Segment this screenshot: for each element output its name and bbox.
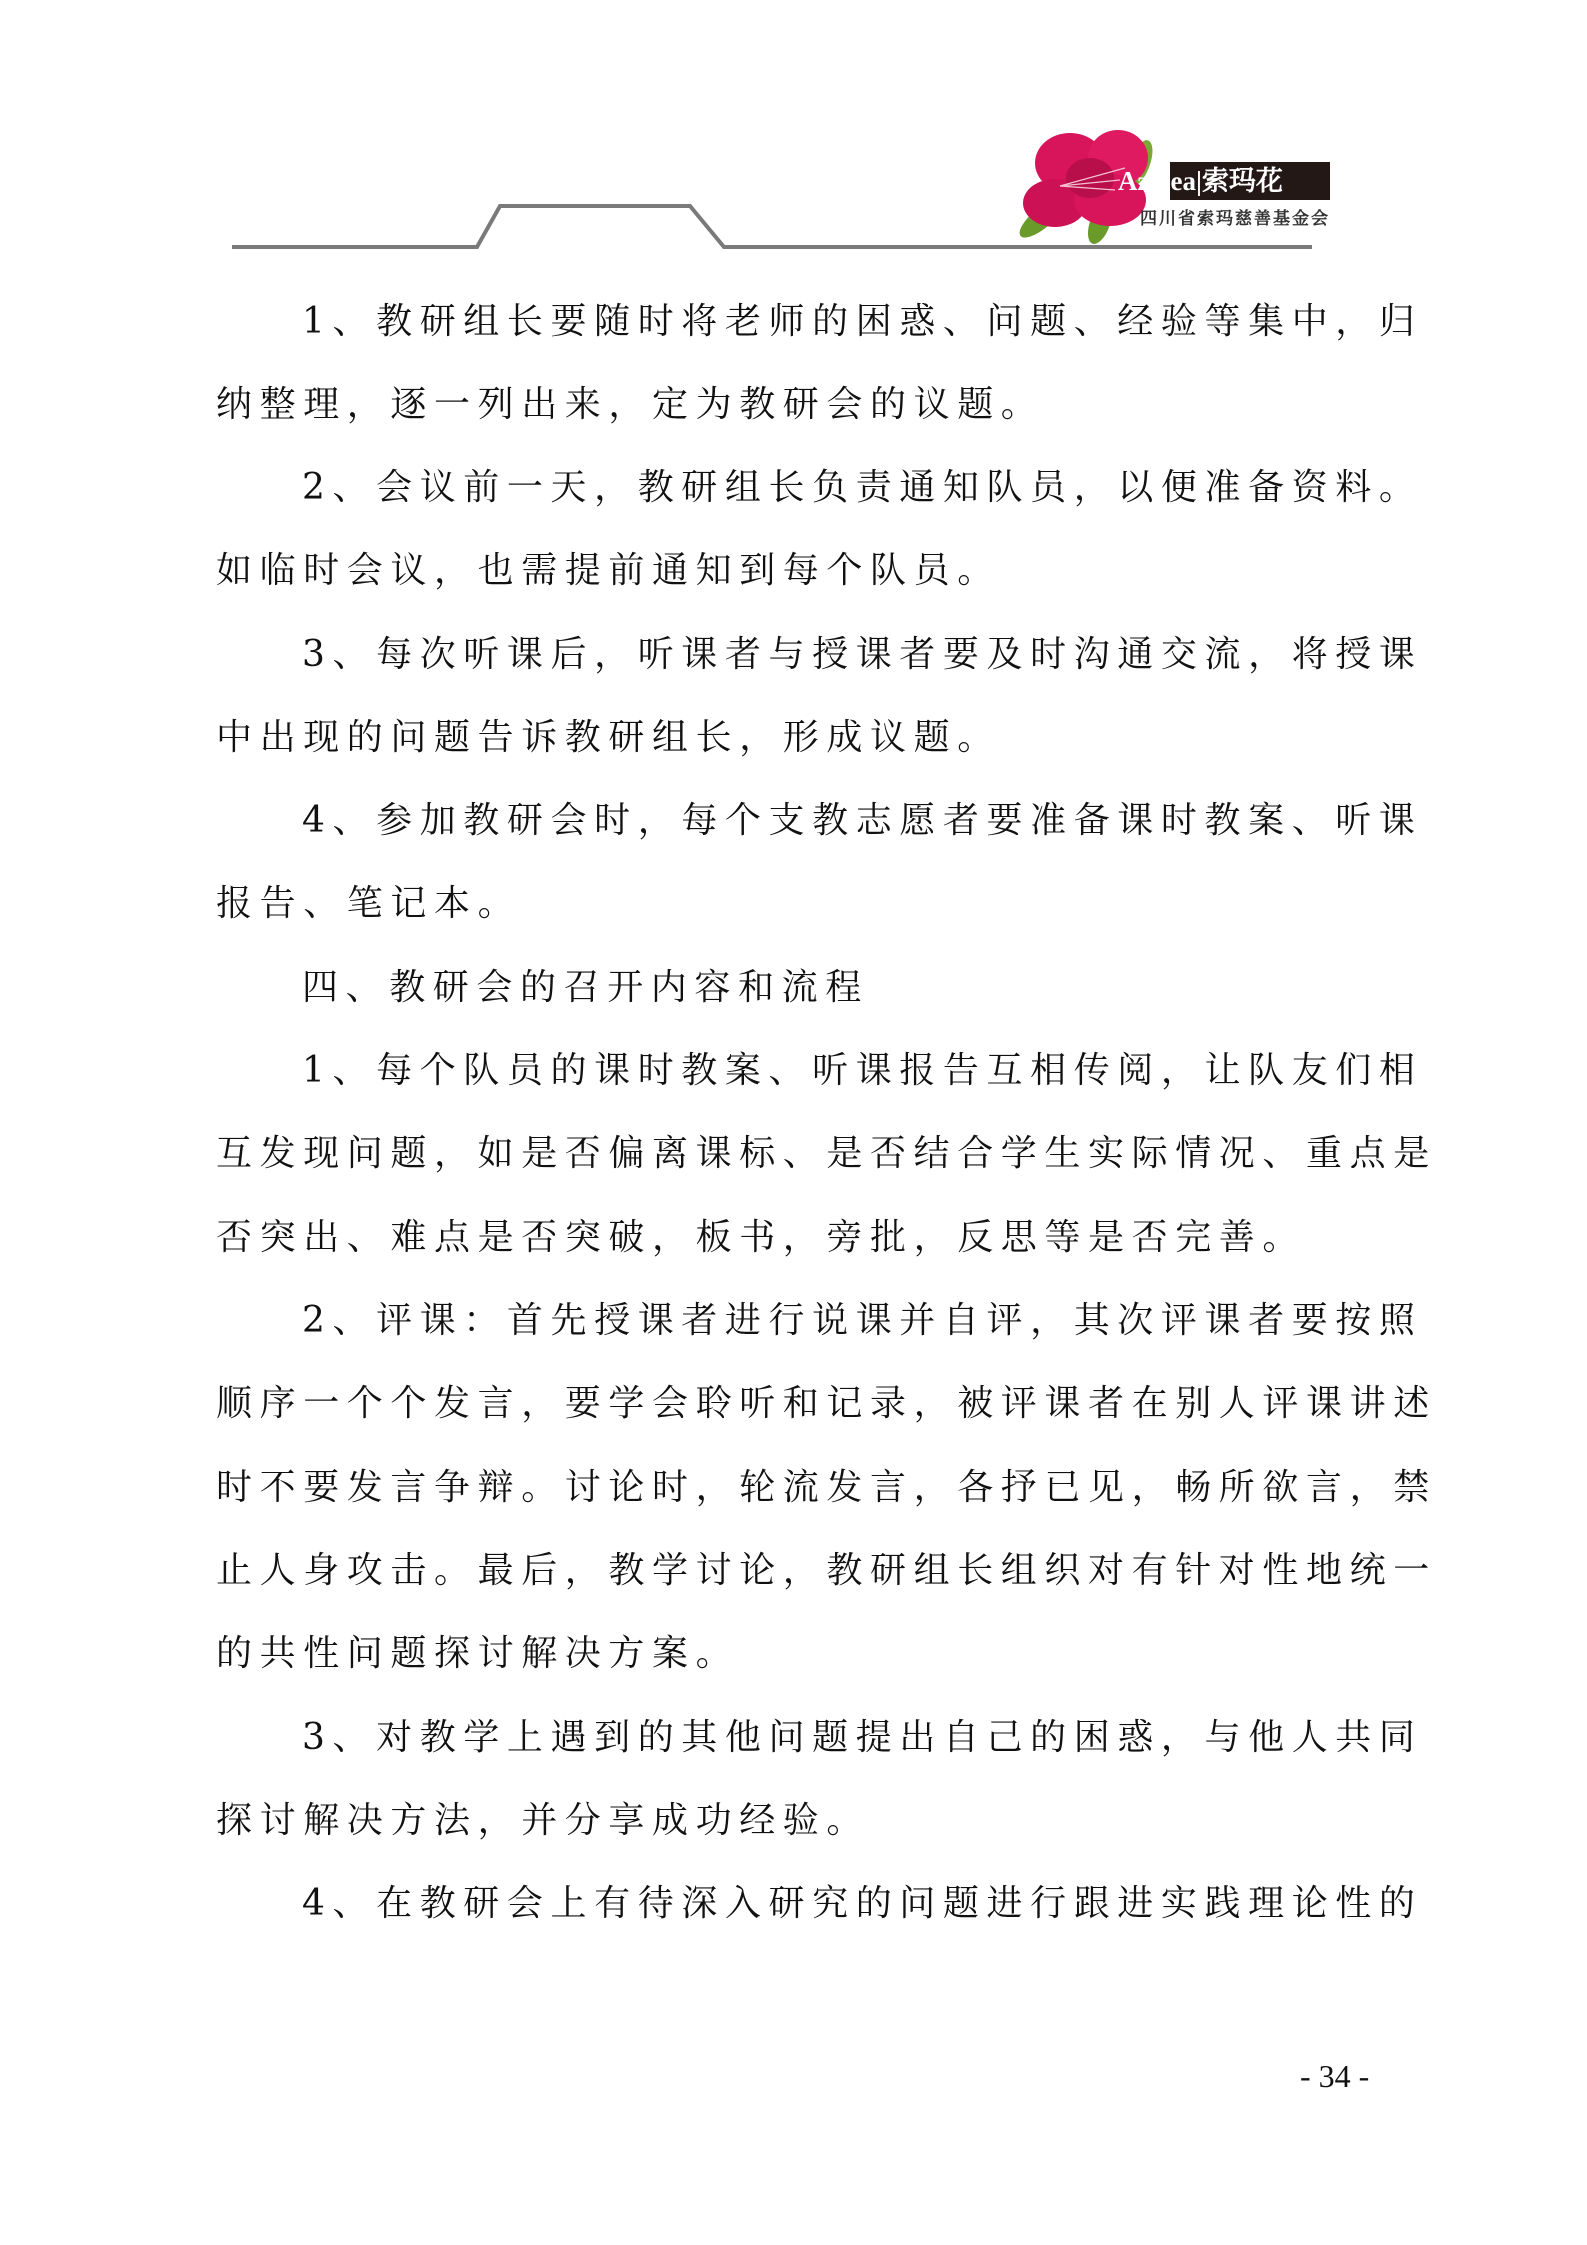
text-line: 中出现的问题告诉教研组长，形成议题。 xyxy=(216,708,1001,768)
text-line: 1、每个队员的课时教案、听课报告互相传阅，让队友们相 xyxy=(302,1041,1423,1101)
text-line: 顺序一个个发言，要学会聆听和记录，被评课者在别人评课讲述 xyxy=(216,1374,1437,1434)
text-line: 互发现问题，如是否偏离课标、是否结合学生实际情况、重点是 xyxy=(216,1124,1437,1184)
text-line: 纳整理，逐一列出来，定为教研会的议题。 xyxy=(216,375,1044,435)
header-divider-line xyxy=(0,0,1587,260)
text-line: 4、参加教研会时，每个支教志愿者要准备课时教案、听课 xyxy=(302,791,1423,851)
text-line: 时不要发言争辩。讨论时，轮流发言，各抒已见，畅所欲言，禁 xyxy=(216,1458,1437,1518)
page-number: - 34 - xyxy=(1300,2058,1369,2095)
text-line: 否突出、难点是否突破，板书，旁批，反思等是否完善。 xyxy=(216,1208,1306,1268)
section-heading: 四、教研会的召开内容和流程 xyxy=(302,958,869,1018)
text-line: 3、对教学上遇到的其他问题提出自己的困惑，与他人共同 xyxy=(302,1708,1423,1768)
logo-subtitle: 四川省索玛慈善基金会 xyxy=(1140,204,1330,229)
text-line: 止人身攻击。最后，教学讨论，教研组长组织对有针对性地统一 xyxy=(216,1541,1437,1601)
text-line: 报告、笔记本。 xyxy=(216,874,521,934)
text-line: 3、每次听课后，听课者与授课者要及时沟通交流，将授课 xyxy=(302,625,1423,685)
text-line: 如临时会议，也需提前通知到每个队员。 xyxy=(216,541,1001,601)
text-line: 2、会议前一天，教研组长负责通知队员，以便准备资料。 xyxy=(302,458,1423,518)
text-line: 4、在教研会上有待深入研究的问题进行跟进实践理论性的 xyxy=(302,1874,1423,1934)
text-line: 1、教研组长要随时将老师的困惑、问题、经验等集中，归 xyxy=(302,292,1423,352)
logo-name: Azalea|索玛花 xyxy=(1118,162,1283,200)
text-line: 2、评课：首先授课者进行说课并自评，其次评课者要按照 xyxy=(302,1291,1423,1351)
foundation-logo: Azalea|索玛花 四川省索玛慈善基金会 xyxy=(1000,118,1330,243)
text-line: 的共性问题探讨解决方案。 xyxy=(216,1624,739,1684)
text-line: 探讨解决方法，并分享成功经验。 xyxy=(216,1791,870,1851)
